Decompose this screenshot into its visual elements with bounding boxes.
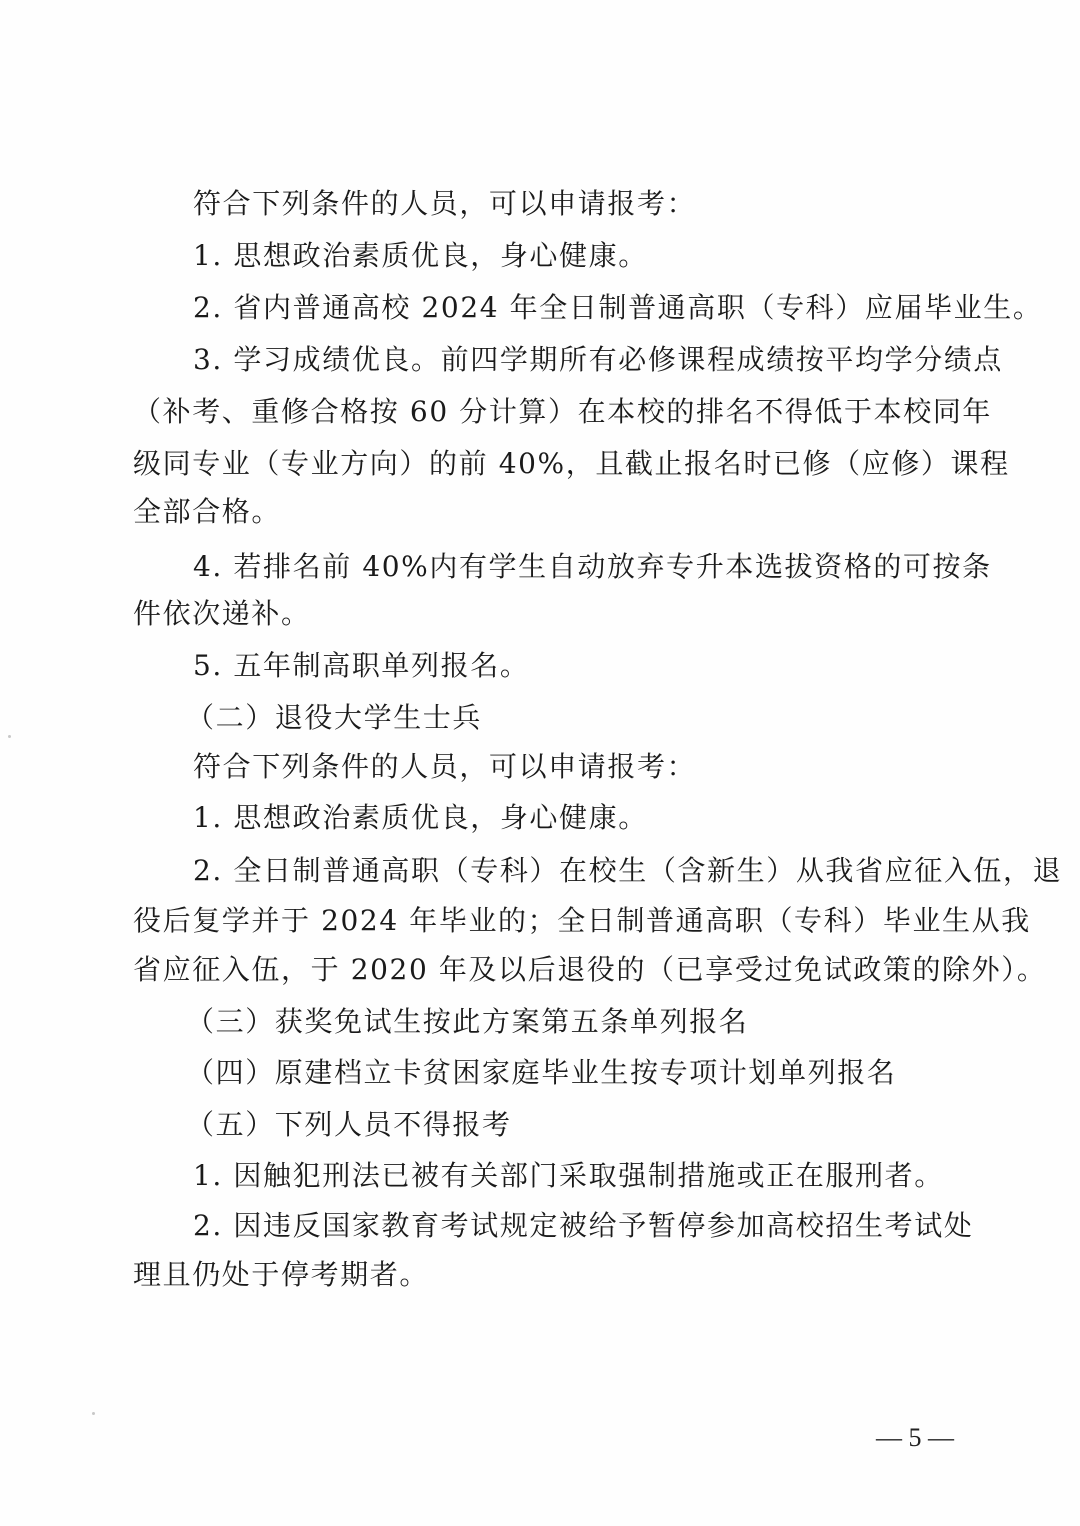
page-number: — 5 — <box>860 1418 970 1458</box>
paragraph-line-veteran-item-2-cont-1: 役后复学并于 2024 年毕业的；全日制普通高职（专科）毕业生从我 <box>133 895 963 947</box>
paragraph-line-intro: 符合下列条件的人员，可以申请报考： <box>193 178 963 230</box>
paragraph-line-item-4-cont: 件依次递补。 <box>133 588 963 640</box>
document-page: 符合下列条件的人员，可以申请报考： 1. 思想政治素质优良，身心健康。 2. 省… <box>0 0 1080 1526</box>
scan-speck <box>8 735 11 738</box>
section-heading-4: （四）原建档立卡贫困家庭毕业生按专项计划单列报名 <box>186 1047 963 1099</box>
paragraph-line-veteran-item-2-cont-2: 省应征入伍，于 2020 年及以后退役的（已享受过免试政策的除外）。 <box>133 944 963 996</box>
paragraph-line-excluded-item-2: 2. 因违反国家教育考试规定被给予暂停参加高校招生考试处 <box>193 1200 963 1252</box>
paragraph-line-veteran-item-2: 2. 全日制普通高职（专科）在校生（含新生）从我省应征入伍，退 <box>193 845 963 897</box>
paragraph-line-veteran-item-1: 1. 思想政治素质优良，身心健康。 <box>193 792 963 844</box>
paragraph-line-item-3-cont-2: 级同专业（专业方向）的前 40%，且截止报名时已修（应修）课程 <box>133 438 963 490</box>
paragraph-line-item-1: 1. 思想政治素质优良，身心健康。 <box>193 230 963 282</box>
section-heading-2: （二）退役大学生士兵 <box>186 692 963 744</box>
paragraph-line-excluded-item-2-cont: 理且仍处于停考期者。 <box>133 1249 963 1301</box>
paragraph-line-intro-2: 符合下列条件的人员，可以申请报考： <box>193 741 963 793</box>
scan-speck <box>92 1412 95 1415</box>
paragraph-line-item-3-cont-3: 全部合格。 <box>133 486 963 538</box>
paragraph-line-item-3-cont-1: （补考、重修合格按 60 分计算）在本校的排名不得低于本校同年 <box>133 386 963 438</box>
section-heading-3: （三）获奖免试生按此方案第五条单列报名 <box>186 996 963 1048</box>
paragraph-line-item-3: 3. 学习成绩优良。前四学期所有必修课程成绩按平均学分绩点 <box>193 334 963 386</box>
paragraph-line-item-4: 4. 若排名前 40%内有学生自动放弃专升本选拔资格的可按条 <box>193 541 963 593</box>
paragraph-line-excluded-item-1: 1. 因触犯刑法已被有关部门采取强制措施或正在服刑者。 <box>193 1150 963 1202</box>
paragraph-line-item-5: 5. 五年制高职单列报名。 <box>193 640 963 692</box>
paragraph-line-item-2: 2. 省内普通高校 2024 年全日制普通高职（专科）应届毕业生。 <box>193 282 963 334</box>
section-heading-5: （五）下列人员不得报考 <box>186 1099 963 1151</box>
